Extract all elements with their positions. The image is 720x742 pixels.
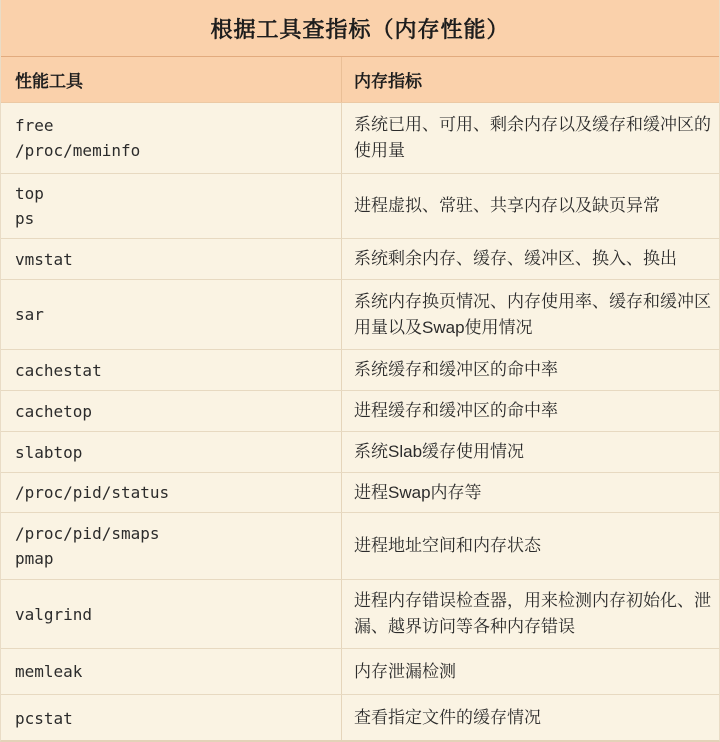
tool-cell: topps: [1, 174, 342, 238]
tool-cell: /proc/pid/status: [1, 473, 342, 512]
table-header-row: 性能工具 内存指标: [1, 57, 719, 103]
metric-cell: 系统内存换页情况、内存使用率、缓存和缓冲区用量以及Swap使用情况: [342, 280, 719, 349]
metric-description: 系统剩余内存、缓存、缓冲区、换入、换出: [354, 246, 711, 272]
memory-metrics-table: 根据工具查指标（内存性能） 性能工具 内存指标 free/proc/meminf…: [0, 0, 720, 742]
metric-cell: 进程虚拟、常驻、共享内存以及缺页异常: [342, 174, 719, 238]
metric-description: 进程缓存和缓冲区的命中率: [354, 398, 711, 424]
tool-cell: vmstat: [1, 239, 342, 279]
table-row: memleak内存泄漏检测: [1, 649, 719, 695]
column-header-tool: 性能工具: [1, 57, 342, 102]
metric-cell: 进程缓存和缓冲区的命中率: [342, 391, 719, 431]
tool-cell: memleak: [1, 649, 342, 694]
table-row: free/proc/meminfo系统已用、可用、剩余内存以及缓存和缓冲区的使用…: [1, 103, 719, 174]
metric-cell: 进程Swap内存等: [342, 473, 719, 512]
table-row: cachetop进程缓存和缓冲区的命中率: [1, 391, 719, 432]
metric-description: 系统内存换页情况、内存使用率、缓存和缓冲区用量以及Swap使用情况: [354, 289, 711, 341]
metric-description: 进程Swap内存等: [354, 480, 711, 506]
table-row: pcstat查看指定文件的缓存情况: [1, 695, 719, 741]
tool-name: valgrind: [15, 602, 333, 627]
tool-name: /proc/pid/smaps: [15, 521, 333, 546]
metric-cell: 系统已用、可用、剩余内存以及缓存和缓冲区的使用量: [342, 103, 719, 173]
table-row: topps进程虚拟、常驻、共享内存以及缺页异常: [1, 174, 719, 239]
tool-name: ps: [15, 206, 333, 231]
tool-name: vmstat: [15, 247, 333, 272]
tool-name: free: [15, 113, 333, 138]
table-row: /proc/pid/status进程Swap内存等: [1, 473, 719, 513]
tool-cell: /proc/pid/smapspmap: [1, 513, 342, 579]
metric-description: 查看指定文件的缓存情况: [354, 705, 711, 731]
table-row: slabtop系统Slab缓存使用情况: [1, 432, 719, 473]
tool-cell: sar: [1, 280, 342, 349]
metric-cell: 系统缓存和缓冲区的命中率: [342, 350, 719, 390]
tool-name: sar: [15, 302, 333, 327]
metric-description: 进程内存错误检查器，用来检测内存初始化、泄漏、越界访问等各种内存错误: [354, 588, 711, 640]
metric-cell: 系统Slab缓存使用情况: [342, 432, 719, 472]
column-header-metric: 内存指标: [342, 57, 719, 102]
tool-name: cachestat: [15, 358, 333, 383]
tool-name: top: [15, 181, 333, 206]
tool-cell: valgrind: [1, 580, 342, 648]
metric-description: 进程虚拟、常驻、共享内存以及缺页异常: [354, 193, 711, 219]
table-title: 根据工具查指标（内存性能）: [1, 0, 719, 57]
tool-name: slabtop: [15, 440, 333, 465]
metric-description: 进程地址空间和内存状态: [354, 533, 711, 559]
metric-description: 内存泄漏检测: [354, 659, 711, 685]
tool-cell: pcstat: [1, 695, 342, 741]
table-row: vmstat系统剩余内存、缓存、缓冲区、换入、换出: [1, 239, 719, 280]
table-row: sar系统内存换页情况、内存使用率、缓存和缓冲区用量以及Swap使用情况: [1, 280, 719, 350]
table-body: free/proc/meminfo系统已用、可用、剩余内存以及缓存和缓冲区的使用…: [1, 103, 719, 741]
tool-cell: slabtop: [1, 432, 342, 472]
tool-cell: cachestat: [1, 350, 342, 390]
metric-description: 系统Slab缓存使用情况: [354, 439, 711, 465]
metric-cell: 进程内存错误检查器，用来检测内存初始化、泄漏、越界访问等各种内存错误: [342, 580, 719, 648]
table-row: /proc/pid/smapspmap进程地址空间和内存状态: [1, 513, 719, 580]
metric-description: 系统缓存和缓冲区的命中率: [354, 357, 711, 383]
metric-cell: 系统剩余内存、缓存、缓冲区、换入、换出: [342, 239, 719, 279]
table-row: valgrind进程内存错误检查器，用来检测内存初始化、泄漏、越界访问等各种内存…: [1, 580, 719, 649]
metric-cell: 内存泄漏检测: [342, 649, 719, 694]
tool-name: pmap: [15, 546, 333, 571]
tool-name: /proc/meminfo: [15, 138, 333, 163]
tool-cell: free/proc/meminfo: [1, 103, 342, 173]
table-row: cachestat系统缓存和缓冲区的命中率: [1, 350, 719, 391]
tool-name: pcstat: [15, 706, 333, 731]
tool-name: memleak: [15, 659, 333, 684]
metric-cell: 查看指定文件的缓存情况: [342, 695, 719, 741]
metric-cell: 进程地址空间和内存状态: [342, 513, 719, 579]
metric-description: 系统已用、可用、剩余内存以及缓存和缓冲区的使用量: [354, 112, 711, 164]
tool-name: /proc/pid/status: [15, 480, 333, 505]
tool-name: cachetop: [15, 399, 333, 424]
tool-cell: cachetop: [1, 391, 342, 431]
